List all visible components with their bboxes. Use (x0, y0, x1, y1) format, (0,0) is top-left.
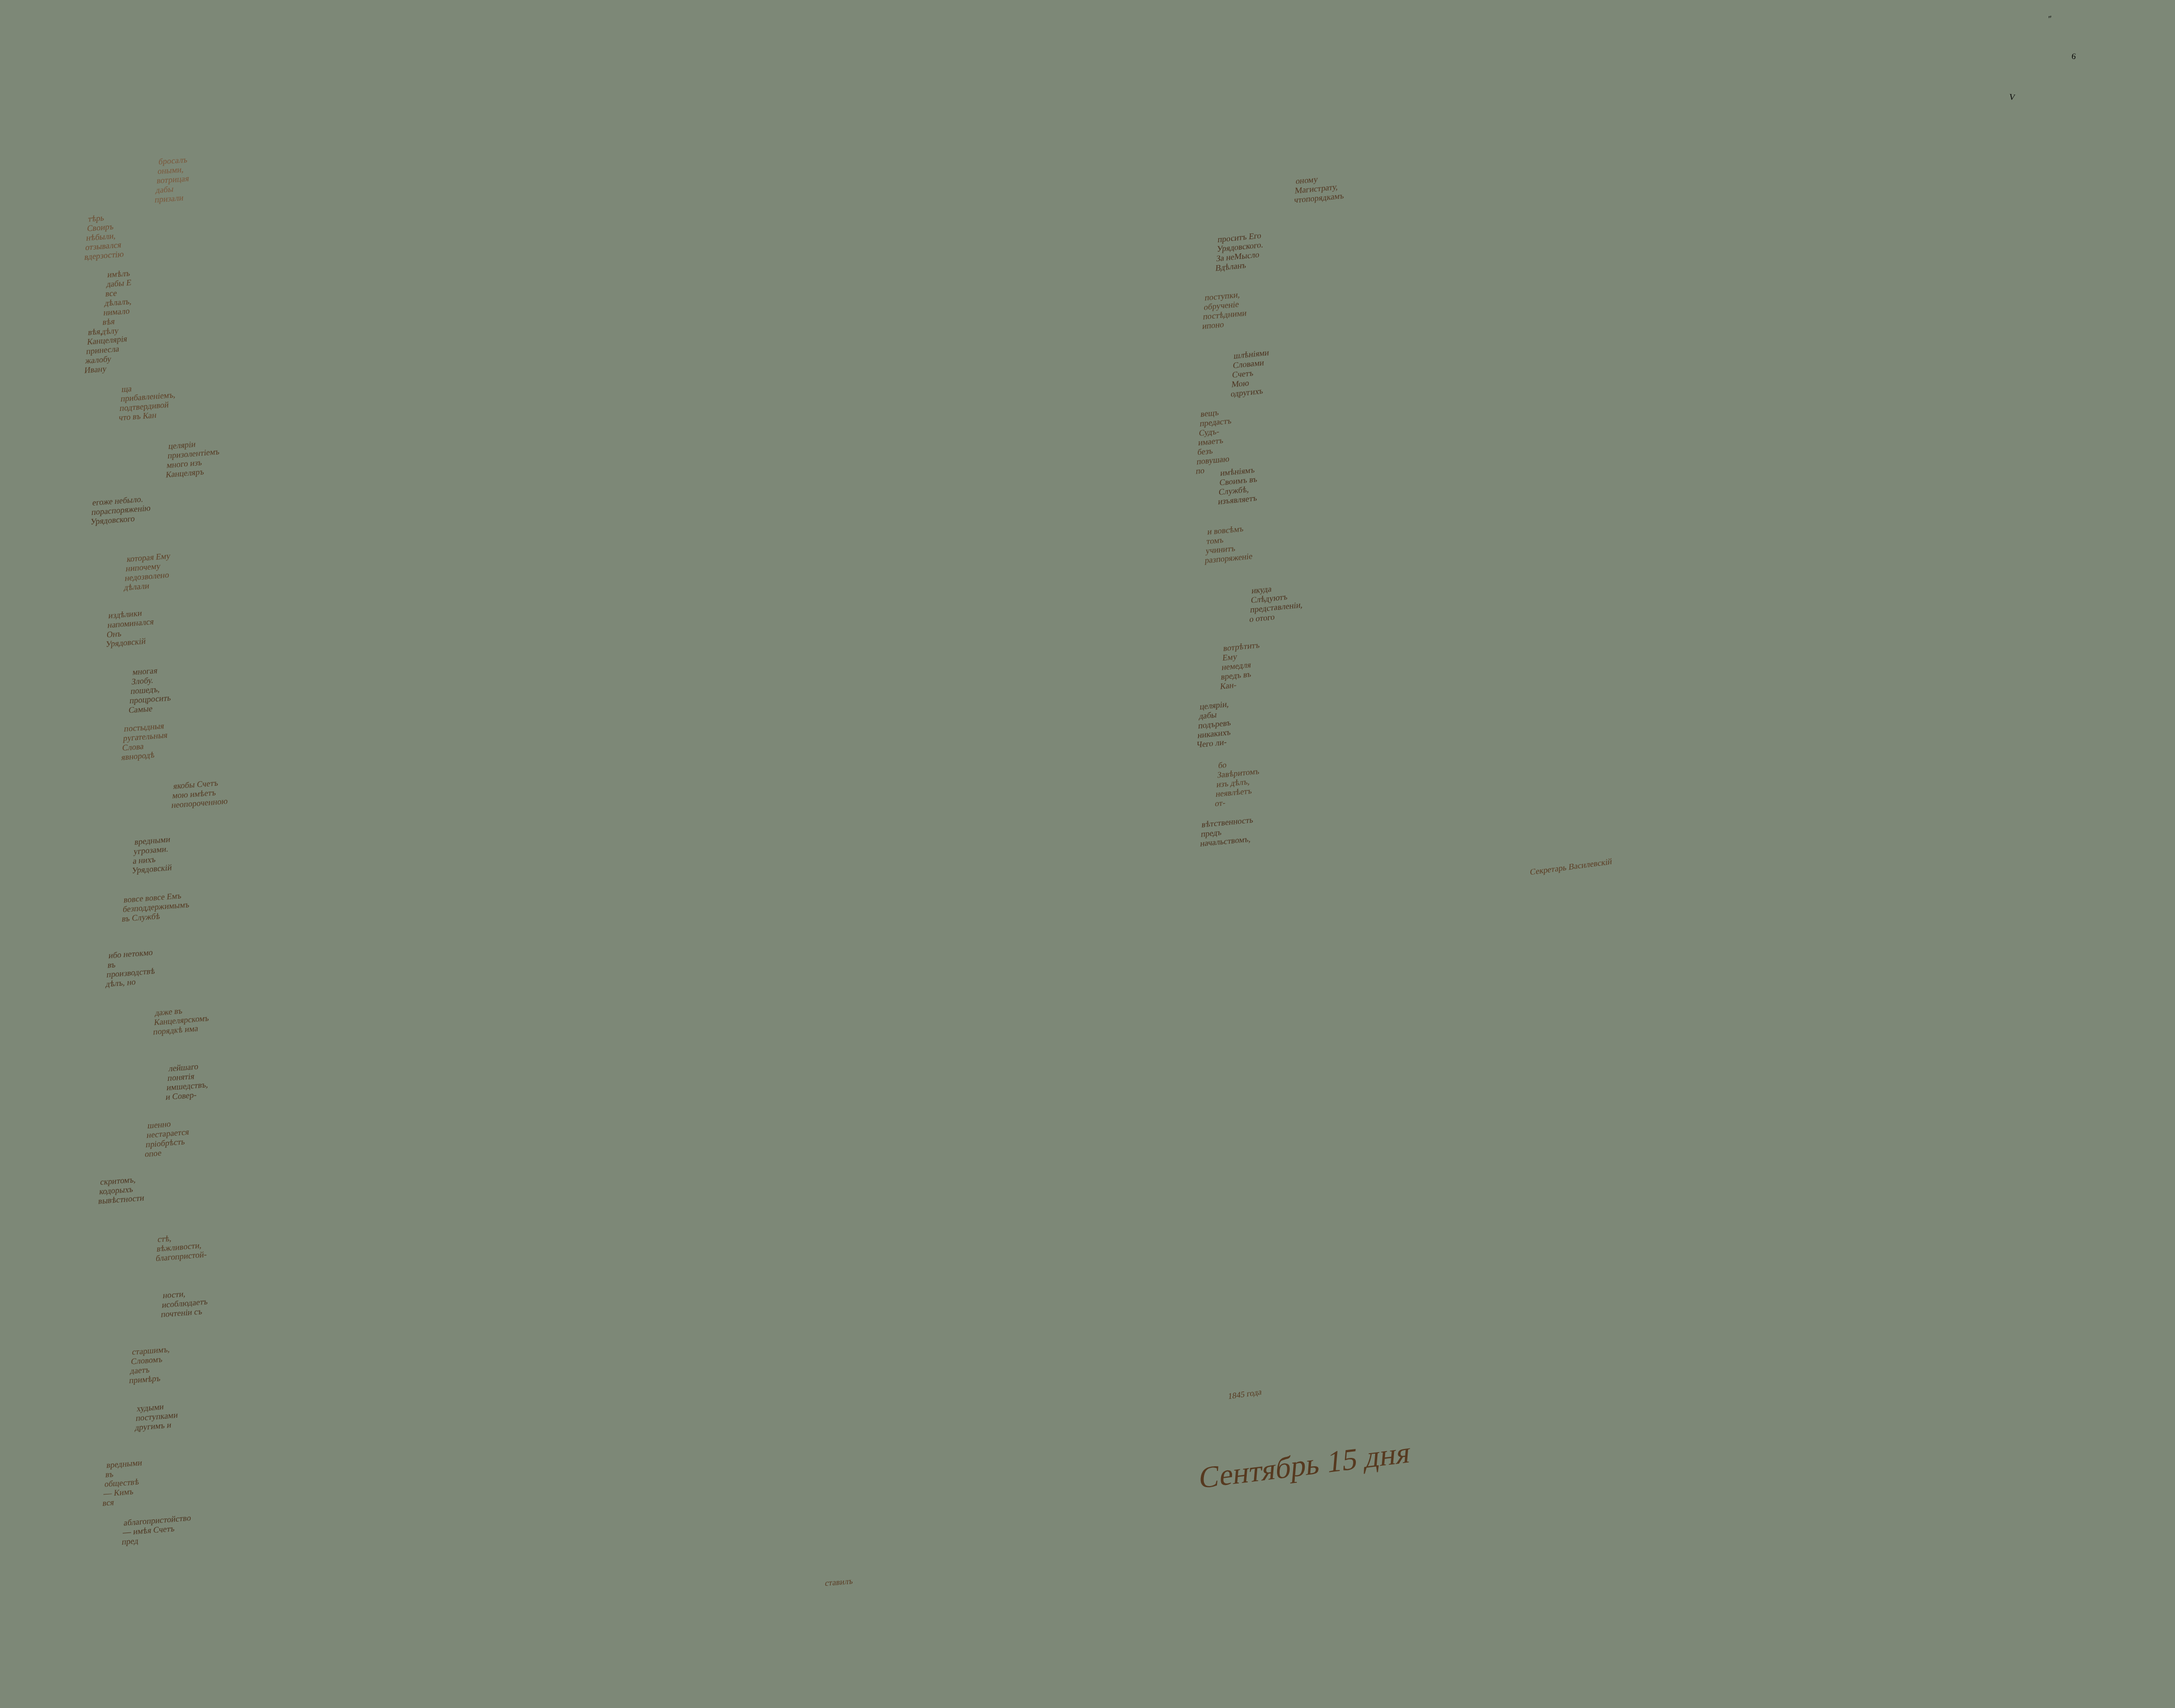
manuscript-line: скритомъ, кодорыхъ вывѣстности (98, 1174, 147, 1206)
manuscript-line: целяріи, дабы подъревъ никакихъ Чего ли- (1197, 699, 1233, 750)
manuscript-line: вредными угрозами. а нихъ Урядовскій (132, 835, 175, 876)
manuscript-line: вещъ предастъ Судъ- имаетъ безъ повушаю … (1196, 407, 1234, 476)
manuscript-line: шенно нестарается пріобрѣсть опое (145, 1118, 191, 1159)
manuscript-line: оному Магистрату, чтопорядкамъ (1294, 172, 1346, 205)
foxing-stain (292, 78, 491, 183)
manuscript-line: вовсе вовсе Емъ безподдержимымъ въ Служб… (121, 891, 191, 924)
manuscript-line: даже въ Канцелярскомъ порядкѣ има (153, 1004, 210, 1037)
manuscript-line: бросалъ оными, вотрицая дабы призали (154, 155, 191, 205)
manuscript-line: аблагопристойство— имѣя Счетъ пред (122, 1514, 192, 1547)
manuscript-line: вѣтственность предъ начальствомъ, (1200, 816, 1254, 849)
manuscript-line: которая Ему нипочему недозволено дѣлали (124, 551, 172, 593)
ink-stain (243, 1524, 252, 1537)
ink-stain (340, 1599, 350, 1622)
manuscript-line: издѣлики напоминался Онъ Урядовскій (105, 608, 155, 650)
manuscript-line: многая Злобу. пошедъ, процросить Самые (128, 665, 174, 715)
manuscript-line: постыдныя ругательныя Слова явнородѣ (121, 721, 169, 762)
manuscript-line: якобы Счетъ мою имѣетъ неопороченною (171, 778, 230, 810)
manuscript-line: вредными въ обществѣ — Кимъ вся (102, 1458, 143, 1509)
manuscript-line: проситъ Его Урядовского. За неМысло Вдѣл… (1215, 231, 1264, 273)
manuscript-line: старшимъ, Словомъ даетъ примѣръ (128, 1345, 170, 1385)
manuscript-line: худыми поступками другимъ и (134, 1401, 179, 1433)
manuscript-line: вѣя, Канцелярія принесла жалобу Ивану (84, 325, 128, 375)
manuscript-line: вотрѣтитъ Ему немедля вредъ въ Кан- (1220, 641, 1260, 692)
manuscript-line: и вовсѣмъ томъ учинитъ разпоряженіе (1204, 523, 1255, 566)
manuscript-line: тѣрь Своиръ нѣбыли, отзывался вдерзостію (84, 211, 128, 262)
ink-stain (354, 1650, 361, 1666)
manuscript-line: целяріи призолентіемъ много изъ Канцеляр… (166, 438, 221, 480)
manuscript-line: ности, исоблюдаетъ почтеніи съ (160, 1288, 209, 1320)
manuscript-line: стѣ, вѣжливости, благопристой- (156, 1231, 209, 1263)
manuscript-line: ща прибавленіемъ, подтвердивой что въ Ка… (119, 381, 177, 423)
manuscript-line: ибо нетокмо въ производствѣ дѣлъ, но (105, 948, 158, 990)
manuscript-photo: ″ 6 V бросалъ оными, вотрицая дабы приза… (0, 0, 2175, 1708)
left-page-torn-fringe (0, 0, 2175, 1708)
manuscript-line: имѣніямъ Своимъ въ Службѣ, изъявляетъ (1217, 465, 1260, 507)
manuscript-line: егоже небыло. пораспоряженію Урядовского (90, 494, 152, 527)
foxing-stain (1796, 585, 1869, 632)
manuscript-line: бо Завѣритомъ изъ дѣлъ, неявлѣетъ от- (1214, 758, 1260, 809)
ink-stain (267, 1566, 273, 1576)
corner-check-mark: V (2008, 92, 2016, 103)
manuscript-line: шлѣніями Словами Счетъ Мою одругихъ (1231, 348, 1270, 399)
manuscript-line: поступки, обрученіе постѣдними ипоно (1202, 290, 1249, 332)
manuscript-line: лейшаго понятія имшедствъ, и Совер- (165, 1062, 210, 1103)
manuscript-line: икуда Слѣдуютъ представленіи, о отого (1249, 582, 1304, 625)
